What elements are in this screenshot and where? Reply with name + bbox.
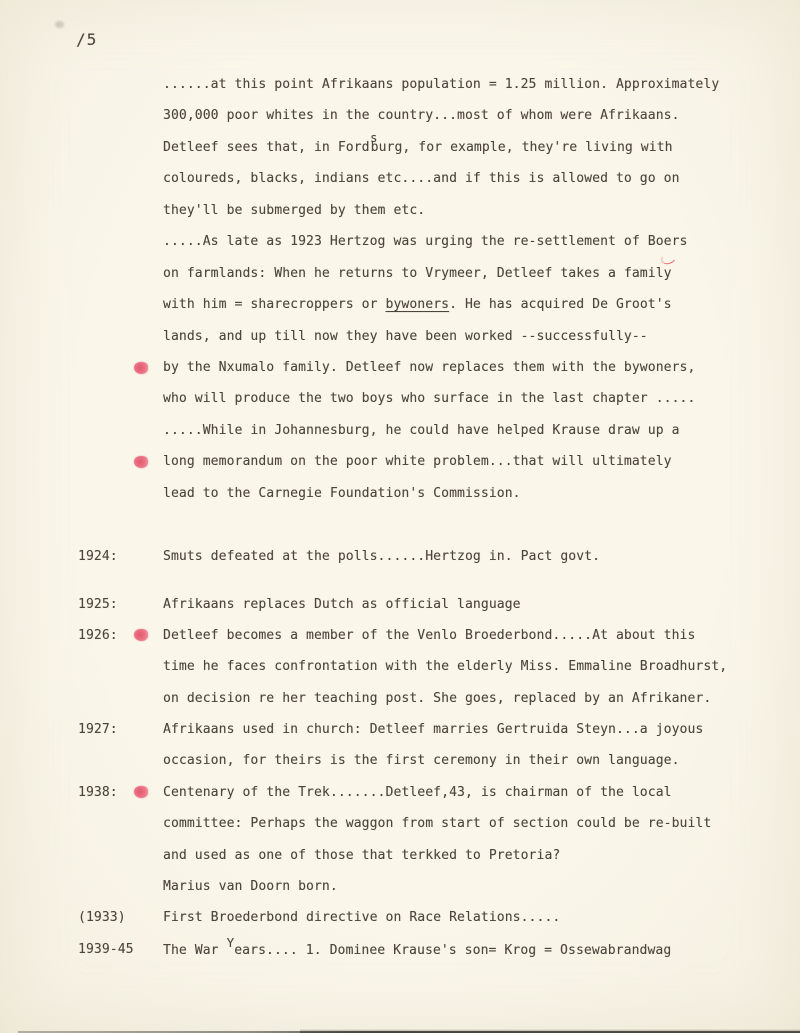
timeline-entry-text: Detleef becomes a member of the Venlo Br… [163,620,727,714]
typed-text: and used as one of those that terkked to… [163,848,560,863]
typed-line: on decision re her teaching post. She go… [163,683,727,714]
document-page: /5 ......at this point Afrikaans populat… [0,0,800,1033]
typed-line: Afrikaans used in church: Detleef marrie… [163,714,703,745]
typed-text: The War [163,943,227,958]
timeline-entry-text: Centenary of the Trek.......Detleef,43, … [163,777,711,903]
timeline-year: 1926: [78,620,118,651]
typed-text: ears.... 1. Dominee Krause's son= Krog =… [234,943,671,958]
timeline-entry-text: The War Years.... 1. Dominee Krause's so… [163,934,671,965]
typed-line: Detleef becomes a member of the Venlo Br… [163,620,727,651]
typed-text: Marius van Doorn born. [163,879,338,894]
typed-line: Marius van Doorn born. [163,871,711,902]
typed-line: Smuts defeated at the polls......Hertzog… [163,541,600,572]
red-ink-dot [134,786,148,798]
typed-text: time he faces confrontation with the eld… [163,659,727,674]
typed-line: Afrikaans replaces Dutch as official lan… [163,589,521,620]
timeline-year: 1939-45 [78,934,134,965]
typed-line: and used as one of those that terkked to… [163,840,711,871]
typed-line: occasion, for theirs is the first ceremo… [163,745,703,776]
typed-text: occasion, for theirs is the first ceremo… [163,753,680,768]
typed-line: First Broederbond directive on Race Rela… [163,902,560,933]
timeline-year: (1933) [78,902,126,933]
timeline-entry-text: Smuts defeated at the polls......Hertzog… [163,541,600,572]
typed-text: Centenary of the Trek.......Detleef,43, … [163,785,672,800]
typed-line: committee: Perhaps the waggon from start… [163,808,711,839]
typed-text: Afrikaans replaces Dutch as official lan… [163,597,521,612]
typed-text: First Broederbond directive on Race Rela… [163,910,560,925]
typed-line: time he faces confrontation with the eld… [163,651,727,682]
typed-text: on decision re her teaching post. She go… [163,691,711,706]
typed-text: Smuts defeated at the polls......Hertzog… [163,549,600,564]
red-ink-dot [134,629,148,641]
timeline-entry-text: Afrikaans used in church: Detleef marrie… [163,714,703,777]
scan-edge-shadow-dark [300,1029,800,1033]
typed-text: Afrikaans used in church: Detleef marrie… [163,722,703,737]
timeline-year: 1925: [78,589,118,620]
typed-text: committee: Perhaps the waggon from start… [163,816,711,831]
timeline-year: 1938: [78,777,118,808]
typed-text: Y [227,935,235,950]
typed-line: The War Years.... 1. Dominee Krause's so… [163,934,671,965]
timeline-year: 1927: [78,714,118,745]
timeline-year: 1924: [78,541,118,572]
timeline: 1924:Smuts defeated at the polls......He… [0,0,800,1033]
timeline-entry-text: Afrikaans replaces Dutch as official lan… [163,589,521,620]
typed-line: Centenary of the Trek.......Detleef,43, … [163,777,711,808]
timeline-entry-text: First Broederbond directive on Race Rela… [163,902,560,933]
typed-text: Detleef becomes a member of the Venlo Br… [163,628,695,643]
